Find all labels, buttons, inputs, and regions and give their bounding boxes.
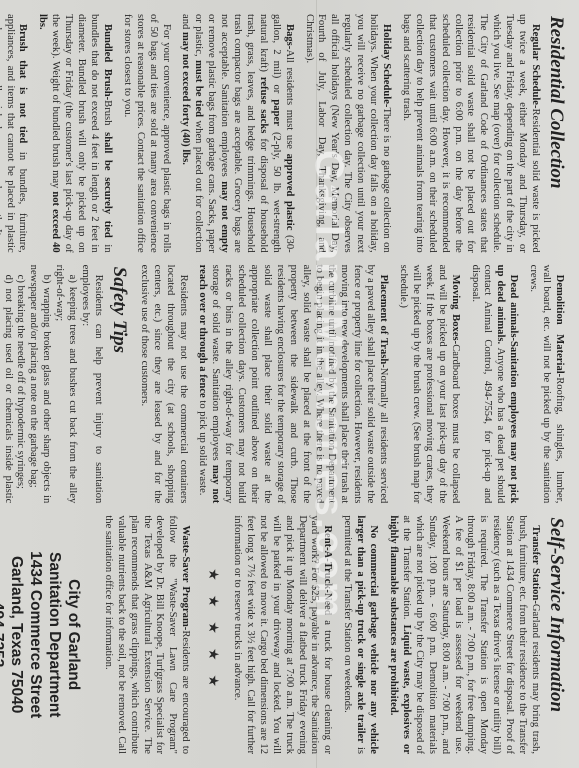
text: Residents are encouraged to follow the "…: [103, 515, 191, 754]
safety-item: b) wrapping broken glass and other sharp…: [26, 265, 52, 504]
paper-fold-line: [316, 0, 317, 768]
lead-untied-brush: Brush that is not tied: [17, 24, 28, 143]
footer-city: City of Garland: [64, 515, 83, 754]
safety-item: a) keeping trees and bushes cut back fro…: [52, 265, 78, 504]
emphasis: shall be securely tied: [102, 132, 113, 238]
text: Brush: [102, 100, 113, 132]
emphasis: No commercial garbage vehicle nor any ve…: [355, 515, 379, 754]
lead-transfer-station: Transfer Station-: [530, 525, 541, 604]
text: All residents must use: [284, 49, 295, 153]
emphasis: paper: [271, 99, 282, 125]
text: to pick up solid waste.: [197, 398, 208, 496]
footer-department: Sanitation Department: [45, 515, 64, 754]
paragraph-placement-of-trash: Placement of Trash-Normally all resident…: [196, 265, 390, 504]
text: Normally all residents serviced by a pav…: [210, 265, 389, 504]
paragraph-regular-schedule: Regular Schedule-Residential solid waste…: [399, 14, 541, 253]
paragraph-bags: Bags-All residents must use approved pla…: [179, 14, 295, 253]
department-contact-block: City of Garland Sanitation Department 14…: [0, 515, 83, 754]
lead-dead-animals: Dead animals-: [508, 275, 519, 341]
text-regular-schedule: Residential solid waste is picked up twi…: [401, 14, 541, 253]
lead-bundled-brush: Bundled Brush-: [102, 24, 113, 100]
lead-holiday-schedule: Holiday Schedule-: [381, 24, 392, 107]
lead-demolition: Demolition Material-: [554, 275, 565, 378]
lead-moving-boxes: Moving Boxes-: [450, 275, 461, 345]
lead-placement: Placement of Trash-: [378, 275, 389, 368]
lead-waste-saver: Waste-Saver Program-: [180, 525, 191, 630]
paragraph-bundled-brush: Bundled Brush-Brush shall be securely ti…: [35, 14, 112, 253]
safety-item: c) breaking the needle off of hypodermic…: [14, 265, 27, 504]
paragraph-no-commercial: No commercial garbage vehicle nor any ve…: [340, 515, 379, 754]
star-divider-icon: ★★★★★: [205, 515, 218, 754]
footer-city-state-zip: Garland, Texas 75040: [7, 515, 26, 754]
lead-regular-schedule: Regular Schedule-: [530, 24, 541, 109]
heading-residential-collection: Residential Collection: [545, 16, 567, 253]
paragraph-commercial-containers: Residents may not use the commercial con…: [137, 265, 189, 504]
paragraph-demolition: Demolition Material-Roofing, shingles, l…: [526, 265, 565, 504]
columns: Residential Collection Regular Schedule-…: [8, 14, 571, 754]
paragraph-waste-saver: Waste-Saver Program-Residents are encour…: [101, 515, 191, 754]
column-self-service: Self-Service Information Transfer Statio…: [8, 515, 571, 754]
paragraph-transfer-station: Transfer Station-Garland residents may b…: [386, 515, 541, 754]
footer-phone: 494-7353: [0, 515, 7, 754]
heading-self-service: Self-Service Information: [545, 517, 567, 754]
safety-intro: Residents can help prevent injury to san…: [78, 265, 104, 504]
heading-safety-tips: Safety Tips: [108, 267, 130, 504]
footer-street: 1434 Commerce Street: [26, 515, 45, 754]
column-collection-rules: Demolition Material-Roofing, shingles, l…: [8, 265, 571, 504]
emphasis: may not empty: [219, 181, 230, 252]
safety-item: d) not placing used oil or chemicals ins…: [0, 265, 14, 504]
paragraph-convenience: For your convenience, approved plastic b…: [120, 14, 172, 253]
paragraph-dead-animals: Dead animals-Sanitation employees may no…: [468, 265, 520, 504]
sanitation-brochure-page: Residential Collection Regular Schedule-…: [0, 0, 579, 768]
paragraph-rent-a-truck: Rent-A-Truck-Need a truck for house clea…: [230, 515, 333, 754]
lead-rent-a-truck: Rent-A-Truck-: [322, 525, 333, 592]
paragraph-untied-brush: Brush that is not tied in bundles, furni…: [0, 14, 28, 253]
column-residential-collection: Residential Collection Regular Schedule-…: [8, 14, 571, 253]
paragraph-moving-boxes: Moving Boxes-Cardboard boxes must be col…: [396, 265, 461, 504]
emphasis: approved plastic: [284, 154, 295, 231]
emphasis: may not exceed forty (40) lbs.: [180, 32, 191, 165]
text: Need a truck for house cleaning or yard …: [232, 515, 333, 754]
emphasis: refuse sacks: [258, 77, 269, 134]
lead-bags: Bags-: [284, 24, 295, 49]
emphasis: must be tied: [193, 60, 204, 117]
text: Garland residents may bring trash, brush…: [401, 515, 541, 754]
